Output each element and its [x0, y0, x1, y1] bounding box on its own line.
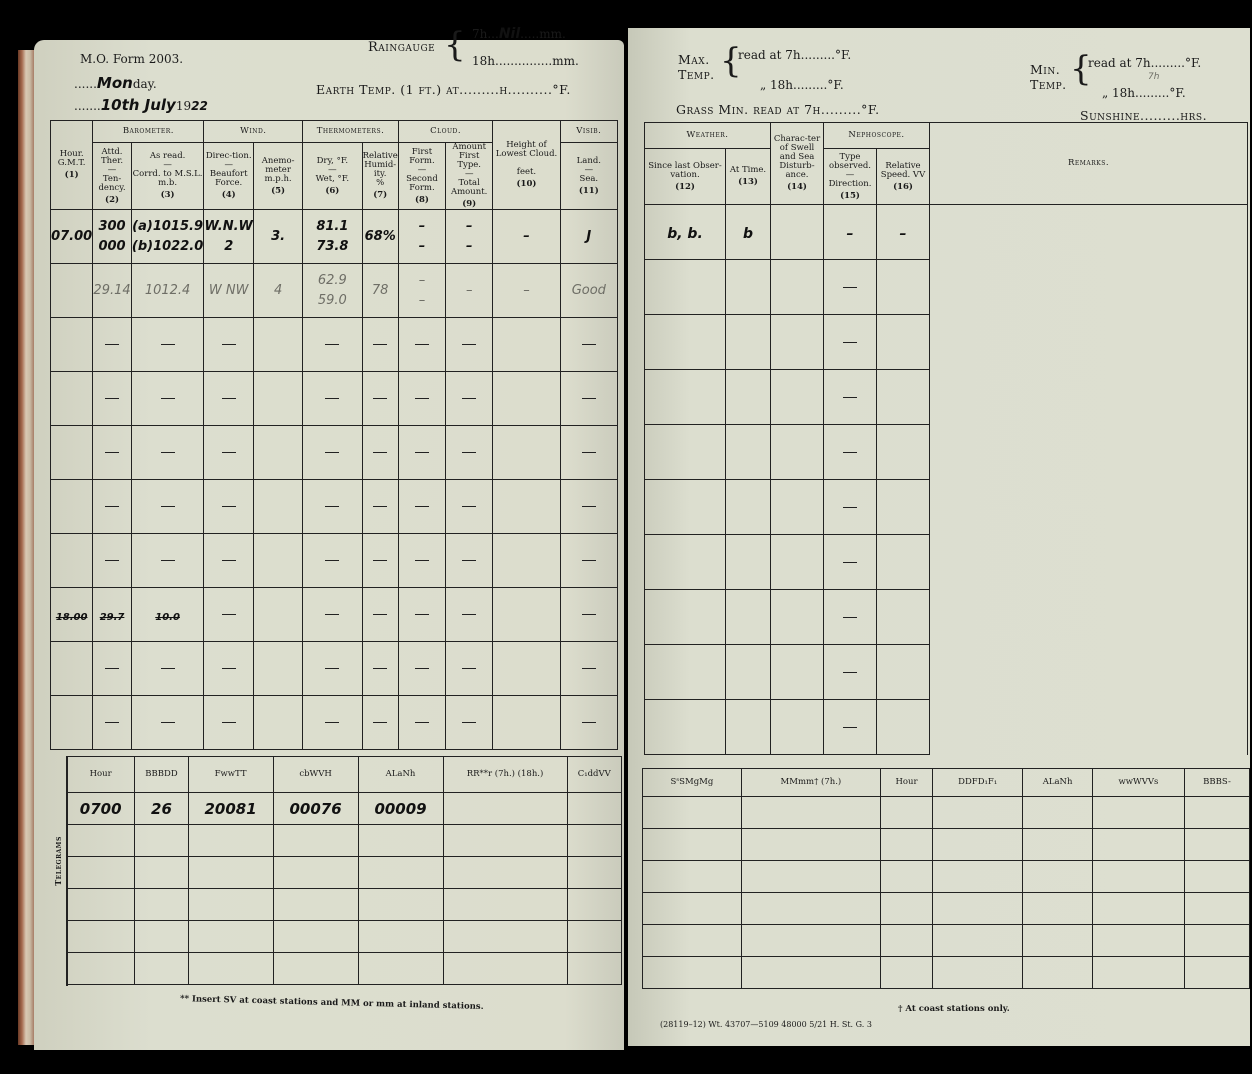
observation-row	[51, 480, 618, 534]
cell-direction[interactable]	[204, 696, 254, 750]
cell-hour[interactable]	[51, 696, 93, 750]
cell-attd-ther[interactable]	[93, 642, 131, 696]
cell-visib-land[interactable]	[560, 426, 617, 480]
cell-attd-ther[interactable]: 29.14	[93, 264, 131, 318]
cell-at-time[interactable]	[726, 535, 771, 590]
cell-at-time[interactable]	[726, 315, 771, 370]
cell-hour[interactable]	[51, 534, 93, 588]
anemometer-header: Anemo-meter m.p.h.(5)	[253, 143, 302, 210]
attd-ther-header: Attd. Ther.—Ten-dency.(2)	[93, 143, 131, 210]
observation-row	[51, 696, 618, 750]
cell-rel-speed[interactable]	[877, 370, 930, 425]
telegram-cell[interactable]	[135, 921, 188, 953]
telegram-cell[interactable]: 00076	[273, 793, 358, 825]
cell-height[interactable]	[493, 426, 560, 480]
cell-dry[interactable]	[303, 318, 362, 372]
cell-since-last[interactable]	[645, 260, 726, 315]
cell-visib-land[interactable]	[560, 588, 617, 642]
cell-direction[interactable]: W.N.W2	[204, 210, 254, 264]
cell-swell[interactable]	[771, 590, 824, 645]
cell-dry[interactable]	[303, 534, 362, 588]
cell-dry[interactable]: 81.173.8	[303, 210, 362, 264]
cell-rel-speed[interactable]: –	[877, 205, 930, 260]
cell-hour[interactable]: 07.00	[51, 210, 93, 264]
cell-attd-ther[interactable]	[93, 534, 131, 588]
cell-amount-first[interactable]	[446, 534, 493, 588]
cell-at-time[interactable]	[726, 645, 771, 700]
cell-since-last[interactable]	[645, 590, 726, 645]
telegram-cell[interactable]	[933, 925, 1023, 957]
telegram-cell[interactable]	[933, 957, 1023, 989]
cell-remarks[interactable]	[930, 205, 1248, 260]
cell-humidity[interactable]: 68%	[362, 210, 398, 264]
cell-first-form[interactable]	[398, 642, 445, 696]
telegram-cell[interactable]	[880, 925, 932, 957]
telegram-cell[interactable]	[741, 957, 880, 989]
cell-height[interactable]	[493, 534, 560, 588]
cell-type-observed[interactable]	[824, 590, 877, 645]
telegram-cell[interactable]	[135, 857, 188, 889]
cell-visib-land[interactable]: J	[560, 210, 617, 264]
telegram-cell[interactable]	[273, 857, 358, 889]
cell-anemometer[interactable]: 4	[253, 264, 302, 318]
cell-first-form[interactable]	[398, 480, 445, 534]
weather-row	[645, 645, 1248, 700]
telegram-cell[interactable]	[567, 921, 622, 953]
cell-amount-first[interactable]	[446, 696, 493, 750]
cell-height[interactable]: –	[493, 210, 560, 264]
cell-remarks[interactable]	[930, 590, 1248, 645]
telegram-cell[interactable]	[1092, 861, 1184, 893]
cell-height[interactable]	[493, 318, 560, 372]
cell-remarks[interactable]	[930, 425, 1248, 480]
telegram-cell[interactable]	[443, 889, 567, 921]
cell-humidity[interactable]	[362, 318, 398, 372]
weather-row: b, b.b––	[645, 205, 1248, 260]
telegram-cell[interactable]	[741, 797, 880, 829]
telegram-cell[interactable]	[643, 829, 742, 861]
telegram-cell[interactable]	[273, 825, 358, 857]
cell-humidity[interactable]: 78	[362, 264, 398, 318]
cell-since-last[interactable]	[645, 315, 726, 370]
cell-type-observed[interactable]	[824, 370, 877, 425]
telegram-cell[interactable]	[1023, 893, 1092, 925]
cell-height[interactable]	[493, 480, 560, 534]
cell-dry[interactable]: 62.959.0	[303, 264, 362, 318]
cell-as-read[interactable]	[131, 642, 204, 696]
raingauge-7h: 7h...Nil.....mm.	[472, 26, 566, 42]
print-code: (28119–12) Wt. 43707—5109 48000 5/21 H. …	[660, 1020, 872, 1029]
cell-as-read[interactable]	[131, 534, 204, 588]
cell-first-form[interactable]	[398, 588, 445, 642]
cell-at-time[interactable]	[726, 480, 771, 535]
cell-attd-ther[interactable]	[93, 480, 131, 534]
cell-since-last[interactable]	[645, 645, 726, 700]
cell-rel-speed[interactable]	[877, 315, 930, 370]
cell-attd-ther[interactable]: 300000	[93, 210, 131, 264]
cell-swell[interactable]	[771, 645, 824, 700]
min-temp-label: Min. Temp.	[1030, 62, 1072, 92]
telegram-row	[67, 889, 622, 921]
cell-amount-first[interactable]	[446, 480, 493, 534]
type-observed-header: Type observed.—Direction.(15)	[824, 149, 877, 205]
cell-first-form[interactable]	[398, 318, 445, 372]
cell-direction[interactable]	[204, 534, 254, 588]
cell-visib-land[interactable]: Good	[560, 264, 617, 318]
telegram-header: BBBS-	[1185, 769, 1250, 797]
cell-type-observed[interactable]: –	[824, 205, 877, 260]
telegram-cell[interactable]	[1185, 925, 1250, 957]
remarks-header: Remarks.	[930, 123, 1248, 205]
cell-dry[interactable]	[303, 426, 362, 480]
observation-row: 07.00300000(a)1015.9(b)1022.0W.N.W23.81.…	[51, 210, 618, 264]
cell-rel-speed[interactable]	[877, 425, 930, 480]
cell-swell[interactable]	[771, 205, 824, 260]
cell-first-form[interactable]	[398, 534, 445, 588]
telegram-cell[interactable]	[1185, 957, 1250, 989]
telegram-cell[interactable]	[643, 797, 742, 829]
cell-attd-ther[interactable]	[93, 372, 131, 426]
cell-as-read[interactable]	[131, 696, 204, 750]
telegram-cell[interactable]	[933, 861, 1023, 893]
telegram-cell[interactable]	[273, 921, 358, 953]
cell-hour[interactable]	[51, 264, 93, 318]
weather-header: Weather.	[645, 123, 771, 149]
cell-type-observed[interactable]	[824, 425, 877, 480]
cell-dry[interactable]	[303, 696, 362, 750]
telegram-cell[interactable]	[1092, 925, 1184, 957]
telegram-cell[interactable]	[1092, 797, 1184, 829]
telegram-cell[interactable]	[358, 889, 443, 921]
cell-anemometer[interactable]	[253, 534, 302, 588]
cell-humidity[interactable]	[362, 696, 398, 750]
telegram-cell[interactable]	[443, 857, 567, 889]
telegram-cell[interactable]	[1023, 797, 1092, 829]
cell-visib-land[interactable]	[560, 642, 617, 696]
cell-attd-ther[interactable]	[93, 426, 131, 480]
cell-swell[interactable]	[771, 260, 824, 315]
cell-since-last[interactable]	[645, 425, 726, 480]
telegram-row	[67, 857, 622, 889]
telegram-cell[interactable]	[443, 825, 567, 857]
cell-hour[interactable]	[51, 318, 93, 372]
telegram-cell[interactable]	[880, 893, 932, 925]
cell-attd-ther[interactable]: 29.7	[93, 588, 131, 642]
cell-since-last[interactable]	[645, 370, 726, 425]
telegram-cell[interactable]	[567, 825, 622, 857]
telegram-cell[interactable]	[358, 825, 443, 857]
telegram-cell[interactable]	[880, 861, 932, 893]
cell-first-form[interactable]	[398, 426, 445, 480]
cell-humidity[interactable]	[362, 372, 398, 426]
cell-anemometer[interactable]	[253, 588, 302, 642]
telegram-cell[interactable]	[188, 889, 273, 921]
observation-row	[51, 642, 618, 696]
cell-amount-first[interactable]: –	[446, 264, 493, 318]
cell-visib-land[interactable]	[560, 696, 617, 750]
telegram-cell[interactable]	[67, 889, 135, 921]
cell-rel-speed[interactable]	[877, 480, 930, 535]
telegram-cell[interactable]	[1185, 893, 1250, 925]
cell-at-time[interactable]	[726, 700, 771, 755]
telegram-cell[interactable]	[67, 857, 135, 889]
telegram-row	[643, 797, 1250, 829]
cell-anemometer[interactable]	[253, 642, 302, 696]
observation-table: Hour. G.M.T.(1) Barometer. Wind. Thermom…	[50, 120, 618, 750]
cell-remarks[interactable]	[930, 535, 1248, 590]
telegram-cell[interactable]	[1092, 893, 1184, 925]
cell-amount-first[interactable]: ––	[446, 210, 493, 264]
cell-first-form[interactable]	[398, 372, 445, 426]
visib-header: Visib.	[560, 121, 617, 143]
telegrams-label: Telegrams	[53, 821, 63, 901]
telegram-header: BBBDD	[135, 757, 188, 793]
telegram-cell[interactable]	[1185, 829, 1250, 861]
telegram-cell[interactable]	[188, 825, 273, 857]
cell-amount-first[interactable]	[446, 642, 493, 696]
telegram-cell[interactable]	[67, 825, 135, 857]
telegram-cell[interactable]	[643, 893, 742, 925]
telegram-cell[interactable]	[1023, 829, 1092, 861]
telegram-cell[interactable]	[358, 953, 443, 985]
cell-attd-ther[interactable]	[93, 696, 131, 750]
cell-humidity[interactable]	[362, 480, 398, 534]
cell-swell[interactable]	[771, 700, 824, 755]
cell-humidity[interactable]	[362, 642, 398, 696]
cell-rel-speed[interactable]	[877, 645, 930, 700]
cell-as-read[interactable]	[131, 372, 204, 426]
cell-anemometer[interactable]	[253, 696, 302, 750]
cell-as-read[interactable]: 1012.4	[131, 264, 204, 318]
cell-hour[interactable]: 18.00	[51, 588, 93, 642]
cell-as-read[interactable]	[131, 318, 204, 372]
cell-visib-land[interactable]	[560, 534, 617, 588]
cell-anemometer[interactable]	[253, 318, 302, 372]
cell-remarks[interactable]	[930, 645, 1248, 700]
raingauge-label: Raingauge	[368, 40, 435, 55]
telegram-header: DDFD₁F₁	[933, 769, 1023, 797]
telegram-cell[interactable]: 26	[135, 793, 188, 825]
cell-first-form[interactable]: ––	[398, 210, 445, 264]
cell-rel-speed[interactable]	[877, 260, 930, 315]
cell-visib-land[interactable]	[560, 318, 617, 372]
cell-since-last[interactable]	[645, 700, 726, 755]
telegram-cell[interactable]	[741, 925, 880, 957]
left-page: M.O. Form 2003. ......Monday. .......10t…	[34, 40, 624, 1050]
cell-hour[interactable]	[51, 372, 93, 426]
telegram-cell[interactable]	[443, 953, 567, 985]
grass-min: Grass Min. read at 7h.........°F.	[676, 102, 880, 117]
cell-type-observed[interactable]	[824, 260, 877, 315]
cell-humidity[interactable]	[362, 426, 398, 480]
cell-at-time[interactable]	[726, 425, 771, 480]
cell-first-form[interactable]: ––	[398, 264, 445, 318]
telegram-cell[interactable]	[358, 857, 443, 889]
telegram-cell[interactable]	[643, 925, 742, 957]
cell-remarks[interactable]	[930, 315, 1248, 370]
cell-type-observed[interactable]	[824, 645, 877, 700]
cell-height[interactable]: –	[493, 264, 560, 318]
rel-speed-header: Relative Speed. VV(16)	[877, 149, 930, 205]
telegram-cell[interactable]	[880, 797, 932, 829]
cell-rel-speed[interactable]	[877, 700, 930, 755]
telegram-cell[interactable]	[567, 953, 622, 985]
cell-direction[interactable]: W NW	[204, 264, 254, 318]
weather-table: Weather. Charac-ter of Swell and Sea Dis…	[644, 122, 1248, 755]
telegram-cell[interactable]	[880, 829, 932, 861]
cell-remarks[interactable]	[930, 480, 1248, 535]
telegrams-table-right: SˢSMgMgMMmm† (7h.)HourDDFD₁F₁ALaNhwwWVVs…	[642, 768, 1250, 989]
telegram-cell[interactable]	[1023, 957, 1092, 989]
cell-visib-land[interactable]	[560, 372, 617, 426]
telegram-cell[interactable]	[443, 921, 567, 953]
telegram-cell[interactable]	[567, 857, 622, 889]
telegram-cell[interactable]	[135, 825, 188, 857]
telegrams-side: Telegrams	[48, 756, 68, 986]
telegram-row	[643, 957, 1250, 989]
year-printed: 19	[176, 99, 191, 113]
cell-since-last[interactable]	[645, 535, 726, 590]
telegram-cell[interactable]	[741, 893, 880, 925]
cell-hour[interactable]	[51, 642, 93, 696]
cell-swell[interactable]	[771, 425, 824, 480]
cell-as-read[interactable]	[131, 480, 204, 534]
cell-visib-land[interactable]	[560, 480, 617, 534]
cell-direction[interactable]	[204, 642, 254, 696]
telegram-cell[interactable]	[188, 857, 273, 889]
cell-type-observed[interactable]	[824, 700, 877, 755]
cell-dry[interactable]	[303, 642, 362, 696]
telegram-header: FwwTT	[188, 757, 273, 793]
telegram-cell[interactable]: 00009	[358, 793, 443, 825]
cell-at-time[interactable]	[726, 370, 771, 425]
cell-hour[interactable]	[51, 480, 93, 534]
telegram-row: 070026200810007600009	[67, 793, 622, 825]
telegram-cell[interactable]	[1185, 861, 1250, 893]
cell-as-read[interactable]	[131, 426, 204, 480]
cell-at-time[interactable]: b	[726, 205, 771, 260]
cell-type-observed[interactable]	[824, 315, 877, 370]
observation-row: 18.0029.710.0	[51, 588, 618, 642]
telegram-cell[interactable]	[135, 889, 188, 921]
telegram-cell[interactable]	[1092, 957, 1184, 989]
telegram-cell[interactable]	[643, 957, 742, 989]
telegram-cell[interactable]	[933, 829, 1023, 861]
cell-humidity[interactable]	[362, 534, 398, 588]
cell-as-read[interactable]: 10.0	[131, 588, 204, 642]
telegram-cell[interactable]	[1185, 797, 1250, 829]
cell-anemometer[interactable]	[253, 480, 302, 534]
cell-at-time[interactable]	[726, 260, 771, 315]
cell-since-last[interactable]	[645, 480, 726, 535]
cell-dry[interactable]	[303, 588, 362, 642]
telegram-cell[interactable]	[67, 953, 135, 985]
cell-height[interactable]	[493, 696, 560, 750]
telegram-cell[interactable]	[567, 793, 622, 825]
cell-direction[interactable]	[204, 318, 254, 372]
telegram-cell[interactable]: 0700	[67, 793, 135, 825]
telegram-cell[interactable]	[933, 893, 1023, 925]
telegram-cell[interactable]: 20081	[188, 793, 273, 825]
cell-amount-first[interactable]	[446, 426, 493, 480]
telegram-cell[interactable]	[1023, 925, 1092, 957]
telegram-cell[interactable]	[643, 861, 742, 893]
cell-height[interactable]	[493, 588, 560, 642]
footnote-left: ** Insert SV at coast stations and MM or…	[180, 994, 484, 1012]
cell-anemometer[interactable]: 3.	[253, 210, 302, 264]
cell-amount-first[interactable]	[446, 318, 493, 372]
cell-swell[interactable]	[771, 480, 824, 535]
cell-remarks[interactable]	[930, 260, 1248, 315]
telegram-cell[interactable]	[1023, 861, 1092, 893]
cell-swell[interactable]	[771, 535, 824, 590]
telegram-header: ALaNh	[1023, 769, 1092, 797]
telegram-cell[interactable]	[880, 957, 932, 989]
weather-row	[645, 315, 1248, 370]
telegram-cell[interactable]	[443, 793, 567, 825]
cell-attd-ther[interactable]	[93, 318, 131, 372]
telegram-cell[interactable]	[273, 889, 358, 921]
cell-anemometer[interactable]	[253, 426, 302, 480]
cell-remarks[interactable]	[930, 700, 1248, 755]
cell-as-read[interactable]: (a)1015.9(b)1022.0	[131, 210, 204, 264]
cell-hour[interactable]	[51, 426, 93, 480]
cell-height[interactable]	[493, 372, 560, 426]
telegram-cell[interactable]	[67, 921, 135, 953]
cell-since-last[interactable]: b, b.	[645, 205, 726, 260]
cell-direction[interactable]	[204, 480, 254, 534]
cell-rel-speed[interactable]	[877, 535, 930, 590]
cell-swell[interactable]	[771, 370, 824, 425]
cell-remarks[interactable]	[930, 370, 1248, 425]
telegram-cell[interactable]	[933, 797, 1023, 829]
telegram-cell[interactable]	[741, 861, 880, 893]
telegram-cell[interactable]	[741, 829, 880, 861]
date-line: .......10th July1922	[74, 96, 208, 114]
cell-direction[interactable]	[204, 588, 254, 642]
cell-rel-speed[interactable]	[877, 590, 930, 645]
cell-direction[interactable]	[204, 372, 254, 426]
weather-row	[645, 260, 1248, 315]
telegram-cell[interactable]	[567, 889, 622, 921]
telegram-cell[interactable]	[188, 953, 273, 985]
cell-swell[interactable]	[771, 315, 824, 370]
cell-type-observed[interactable]	[824, 535, 877, 590]
cell-direction[interactable]	[204, 426, 254, 480]
telegram-cell[interactable]	[1092, 829, 1184, 861]
weather-row	[645, 535, 1248, 590]
cell-amount-first[interactable]	[446, 372, 493, 426]
telegram-cell[interactable]	[358, 921, 443, 953]
cell-dry[interactable]	[303, 372, 362, 426]
cell-at-time[interactable]	[726, 590, 771, 645]
telegram-cell[interactable]	[135, 953, 188, 985]
cell-humidity[interactable]	[362, 588, 398, 642]
right-page: Max. Temp. { read at 7h.........°F. „ 18…	[628, 28, 1250, 1046]
cell-height[interactable]	[493, 642, 560, 696]
cell-type-observed[interactable]	[824, 480, 877, 535]
cell-dry[interactable]	[303, 480, 362, 534]
telegram-cell[interactable]	[188, 921, 273, 953]
cell-amount-first[interactable]	[446, 588, 493, 642]
telegram-cell[interactable]	[273, 953, 358, 985]
cell-anemometer[interactable]	[253, 372, 302, 426]
observation-row	[51, 426, 618, 480]
amount-header: Amount First Type.—Total Amount.(9)	[446, 143, 493, 210]
cell-first-form[interactable]	[398, 696, 445, 750]
land-sea-header: Land.—Sea.(11)	[560, 143, 617, 210]
form-header: First Form.—Second Form.(8)	[398, 143, 445, 210]
